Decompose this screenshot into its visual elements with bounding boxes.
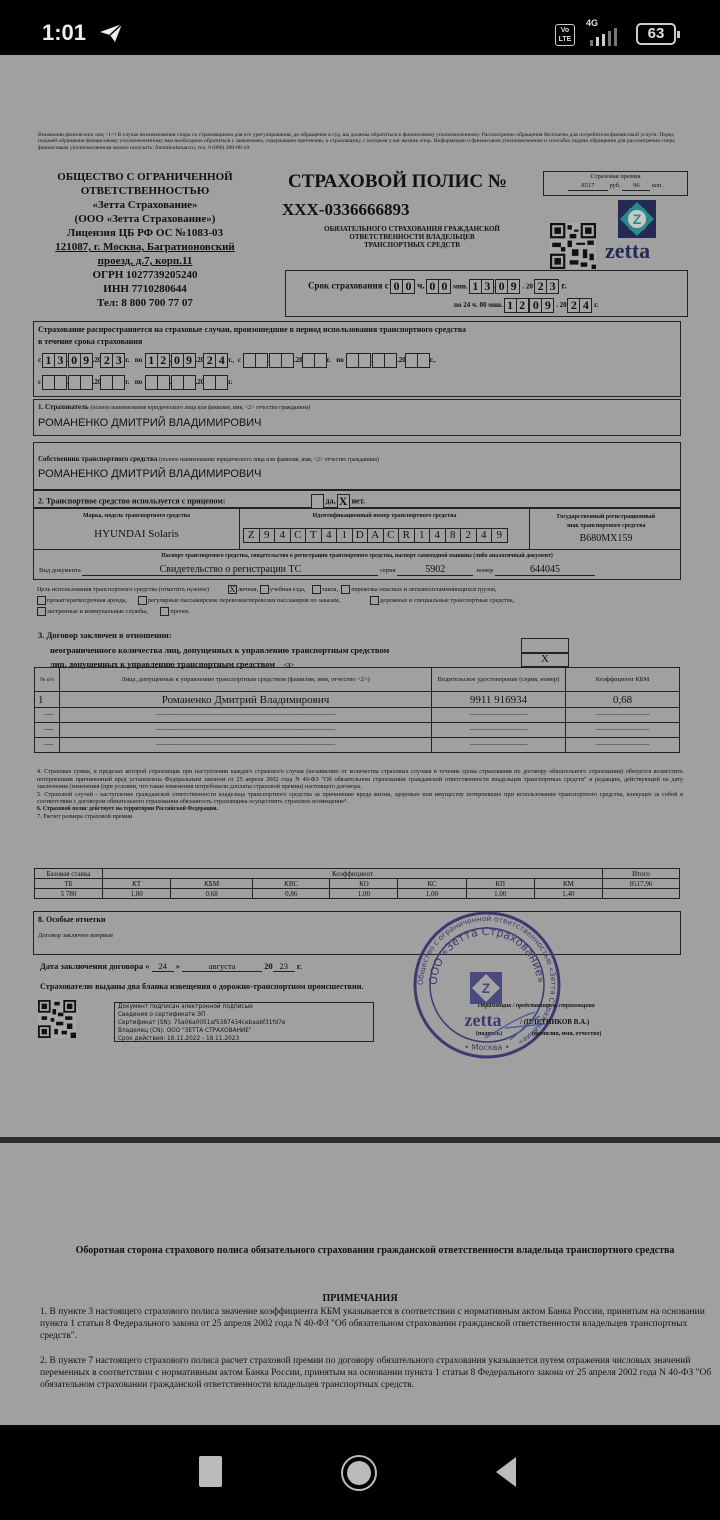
usage-period: Страхование распространяется на страховы… — [33, 321, 681, 397]
battery-indicator: 63 — [636, 23, 676, 45]
vin-char: 4 — [274, 528, 291, 543]
policyholder-box: 1. Страхователь (полное наименование юри… — [33, 399, 681, 436]
vin-char: 4 — [429, 528, 446, 543]
back-icon[interactable] — [494, 1455, 518, 1489]
policyholder-name: РОМАНЕНКО ДМИТРИЙ ВЛАДИМИРОВИЧ — [38, 417, 262, 429]
vin-char: D — [352, 528, 369, 543]
table-cell: Романенко Дмитрий Владимирович — [60, 692, 432, 708]
vin-char: C — [290, 528, 307, 543]
table-cell: --------------------------- — [566, 738, 680, 753]
drivers-table: № п/п Лица, допущенные к управлению тран… — [34, 667, 680, 753]
trailer-no-checkbox[interactable]: X — [337, 494, 350, 509]
status-bar: 1:01 VoLTE 4G 63 — [0, 0, 720, 55]
table-cell: ----------------------------------------… — [60, 738, 432, 753]
vin-char: 2 — [460, 528, 477, 543]
note-2: 2. В пункте 7 настоящего страхового поли… — [40, 1355, 720, 1391]
accident-forms-notice: Страхователю выданы два бланка извещения… — [40, 982, 363, 991]
vehicle-box: Марка, модель транспортного средства HYU… — [33, 508, 681, 580]
premium-calc-cell: КВС — [253, 879, 330, 889]
network-type: 4G — [586, 18, 598, 28]
premium-calc-cell: 0,68 — [171, 889, 253, 899]
owner-box: Собственник транспортного средства (полн… — [33, 442, 681, 491]
table-cell: 0,68 — [566, 692, 680, 708]
vin-char: 1 — [414, 528, 431, 543]
vin-char: Z — [243, 528, 260, 543]
zetta-logo: Z zetta — [610, 200, 670, 268]
vehicle-make: Марка, модель транспортного средства HYU… — [34, 509, 240, 549]
e-signature-box: Документ подписан электронной подписью С… — [114, 1002, 374, 1042]
purpose-option[interactable]: такси, — [312, 586, 338, 593]
notes-title: ПРИМЕЧАНИЯ — [0, 1293, 720, 1304]
table-cell: ----------------------------- — [432, 738, 566, 753]
premium-calc-cell: 5 780 — [35, 889, 103, 899]
purpose-options: Цель использования транспортного средств… — [37, 584, 682, 617]
vehicle-plate: Государственный регистрационныйзнак тран… — [530, 509, 682, 549]
vin-char: A — [367, 528, 384, 543]
purpose-option[interactable]: экстренные и коммунальные службы, — [37, 608, 148, 615]
handwritten-signature — [480, 1010, 550, 1045]
premium-calc-cell: КМ — [534, 879, 602, 889]
ombudsman-note: Вниманию физических лиц <1>! В случае во… — [38, 132, 686, 151]
table-cell: ----- — [35, 723, 60, 738]
clauses: 4. Страховая сумма, в пределах которой с… — [37, 768, 683, 821]
vin-char: 8 — [445, 528, 462, 543]
policy-number: ХХХ-0336666893 — [282, 200, 410, 220]
purpose-option[interactable]: Xличная, — [228, 586, 258, 593]
purpose-option[interactable]: дорожные и специальные транспортные сред… — [370, 597, 514, 604]
vehicle-vin: Идентификационный номер транспортного ср… — [240, 509, 530, 549]
home-icon[interactable] — [341, 1455, 377, 1491]
policy-subtitle: ОБЯЗАТЕЛЬНОГО СТРАХОВАНИЯ ГРАЖДАНСКОЙ ОТ… — [292, 225, 532, 249]
table-cell: --------------------------- — [566, 708, 680, 723]
table-cell: ----------------------------- — [432, 708, 566, 723]
table-cell: 9911 916934 — [432, 692, 566, 708]
signer-role: страховщик / представитель страховщика — [478, 1003, 595, 1009]
limited-checkbox[interactable]: X — [521, 652, 569, 667]
back-title: Оборотная сторона страхового полиса обяз… — [50, 1245, 700, 1257]
contract-unlimited: неограниченного количества лиц, допущенн… — [50, 645, 389, 655]
insurance-term: Срок страхования с 00 ч. 00 мин. 13.09 .… — [285, 270, 688, 317]
purpose-option[interactable]: прочее. — [160, 608, 190, 615]
premium-calc-cell: 1,00 — [330, 889, 398, 899]
premium-calc-cell: 8517,96 — [603, 879, 680, 889]
navigation-bar — [0, 1425, 720, 1520]
vin-char: 4 — [321, 528, 338, 543]
table-cell: --------------------------- — [566, 723, 680, 738]
clock: 1:01 — [42, 20, 86, 46]
table-cell: ----------------------------- — [432, 723, 566, 738]
telegram-icon — [98, 22, 124, 44]
premium-calc-cell: 1,80 — [103, 889, 171, 899]
svg-text:Z: Z — [482, 980, 491, 996]
qr-code — [550, 223, 596, 269]
premium-calc-table: Базовая ставка Коэффициент Итого ТБКТКБМ… — [34, 868, 680, 899]
vin-char: 9 — [259, 528, 276, 543]
table-row: ----------------------------------------… — [35, 723, 680, 738]
special-notes: 8. Особые отметки Договор заключен вперв… — [33, 911, 681, 955]
premium-calc-cell: КО — [330, 879, 398, 889]
premium-calc-cell: КТ — [103, 879, 171, 889]
svg-text:Z: Z — [633, 211, 642, 227]
policy-title: СТРАХОВОЙ ПОЛИС № — [288, 171, 507, 193]
volte-icon: VoLTE — [555, 24, 575, 46]
table-cell: ----- — [35, 738, 60, 753]
premium-calc-cell: ТБ — [35, 879, 103, 889]
zetta-diamond-icon: Z — [618, 200, 656, 238]
purpose-option[interactable]: перевозка опасных и легковоспламеняющихс… — [341, 586, 496, 593]
purpose-option[interactable]: учебная езда, — [260, 586, 306, 593]
premium-calc-cell: 1,40 — [534, 889, 602, 899]
vin-char: 1 — [336, 528, 353, 543]
vin-char: T — [305, 528, 322, 543]
contract-date: Дата заключения договора « 24 » августа … — [40, 961, 302, 972]
premium-calc-cell: КП — [466, 879, 534, 889]
table-cell: ----------------------------------------… — [60, 723, 432, 738]
purpose-option[interactable]: регулярные пассажирские перевозки/перево… — [138, 597, 340, 604]
table-cell: ----------------------------------------… — [60, 708, 432, 723]
vehicle-document: Паспорт транспортного средства, свидетел… — [34, 549, 680, 580]
premium-box: Страховая премия 8517 руб. 96 коп. — [543, 171, 688, 196]
policy-page: Вниманию физических лиц <1>! В случае во… — [0, 55, 720, 1137]
contract-title: 3. Договор заключен в отношении: — [38, 630, 172, 640]
table-row: ----------------------------------------… — [35, 708, 680, 723]
table-row: 1Романенко Дмитрий Владимирович9911 9169… — [35, 692, 680, 708]
note-1: 1. В пункте 3 настоящего страхового поли… — [40, 1306, 720, 1342]
vin-char: C — [383, 528, 400, 543]
premium-calc-cell: 0,86 — [253, 889, 330, 899]
premium-calc-cell: 1,00 — [398, 889, 466, 899]
vin-char: R — [398, 528, 415, 543]
policy-back-page: Оборотная сторона страхового полиса обяз… — [0, 1143, 720, 1425]
qr-code-small — [38, 1000, 76, 1038]
trailer-row: 2. Транспортное средство используется с … — [33, 489, 681, 508]
premium-calc-cell: КС — [398, 879, 466, 889]
recents-icon[interactable] — [199, 1456, 222, 1487]
premium-calc-cell: КБМ — [171, 879, 253, 889]
insurer-info: ОБЩЕСТВО С ОГРАНИЧЕННОЙ ОТВЕТСТВЕННОСТЬЮ… — [40, 170, 250, 310]
premium-calc-cell — [603, 889, 680, 899]
signal-icon — [588, 28, 624, 46]
premium-calc-cell: 1,00 — [466, 889, 534, 899]
table-cell: 1 — [35, 692, 60, 708]
purpose-option[interactable]: прокат/краткосрочная аренда, — [37, 597, 127, 604]
owner-name: РОМАНЕНКО ДМИТРИЙ ВЛАДИМИРОВИЧ — [38, 468, 262, 480]
table-cell: ----- — [35, 708, 60, 723]
vin-char: 9 — [491, 528, 508, 543]
trailer-yes-checkbox[interactable] — [311, 494, 324, 509]
vin-char: 4 — [476, 528, 493, 543]
table-row: ----------------------------------------… — [35, 738, 680, 753]
